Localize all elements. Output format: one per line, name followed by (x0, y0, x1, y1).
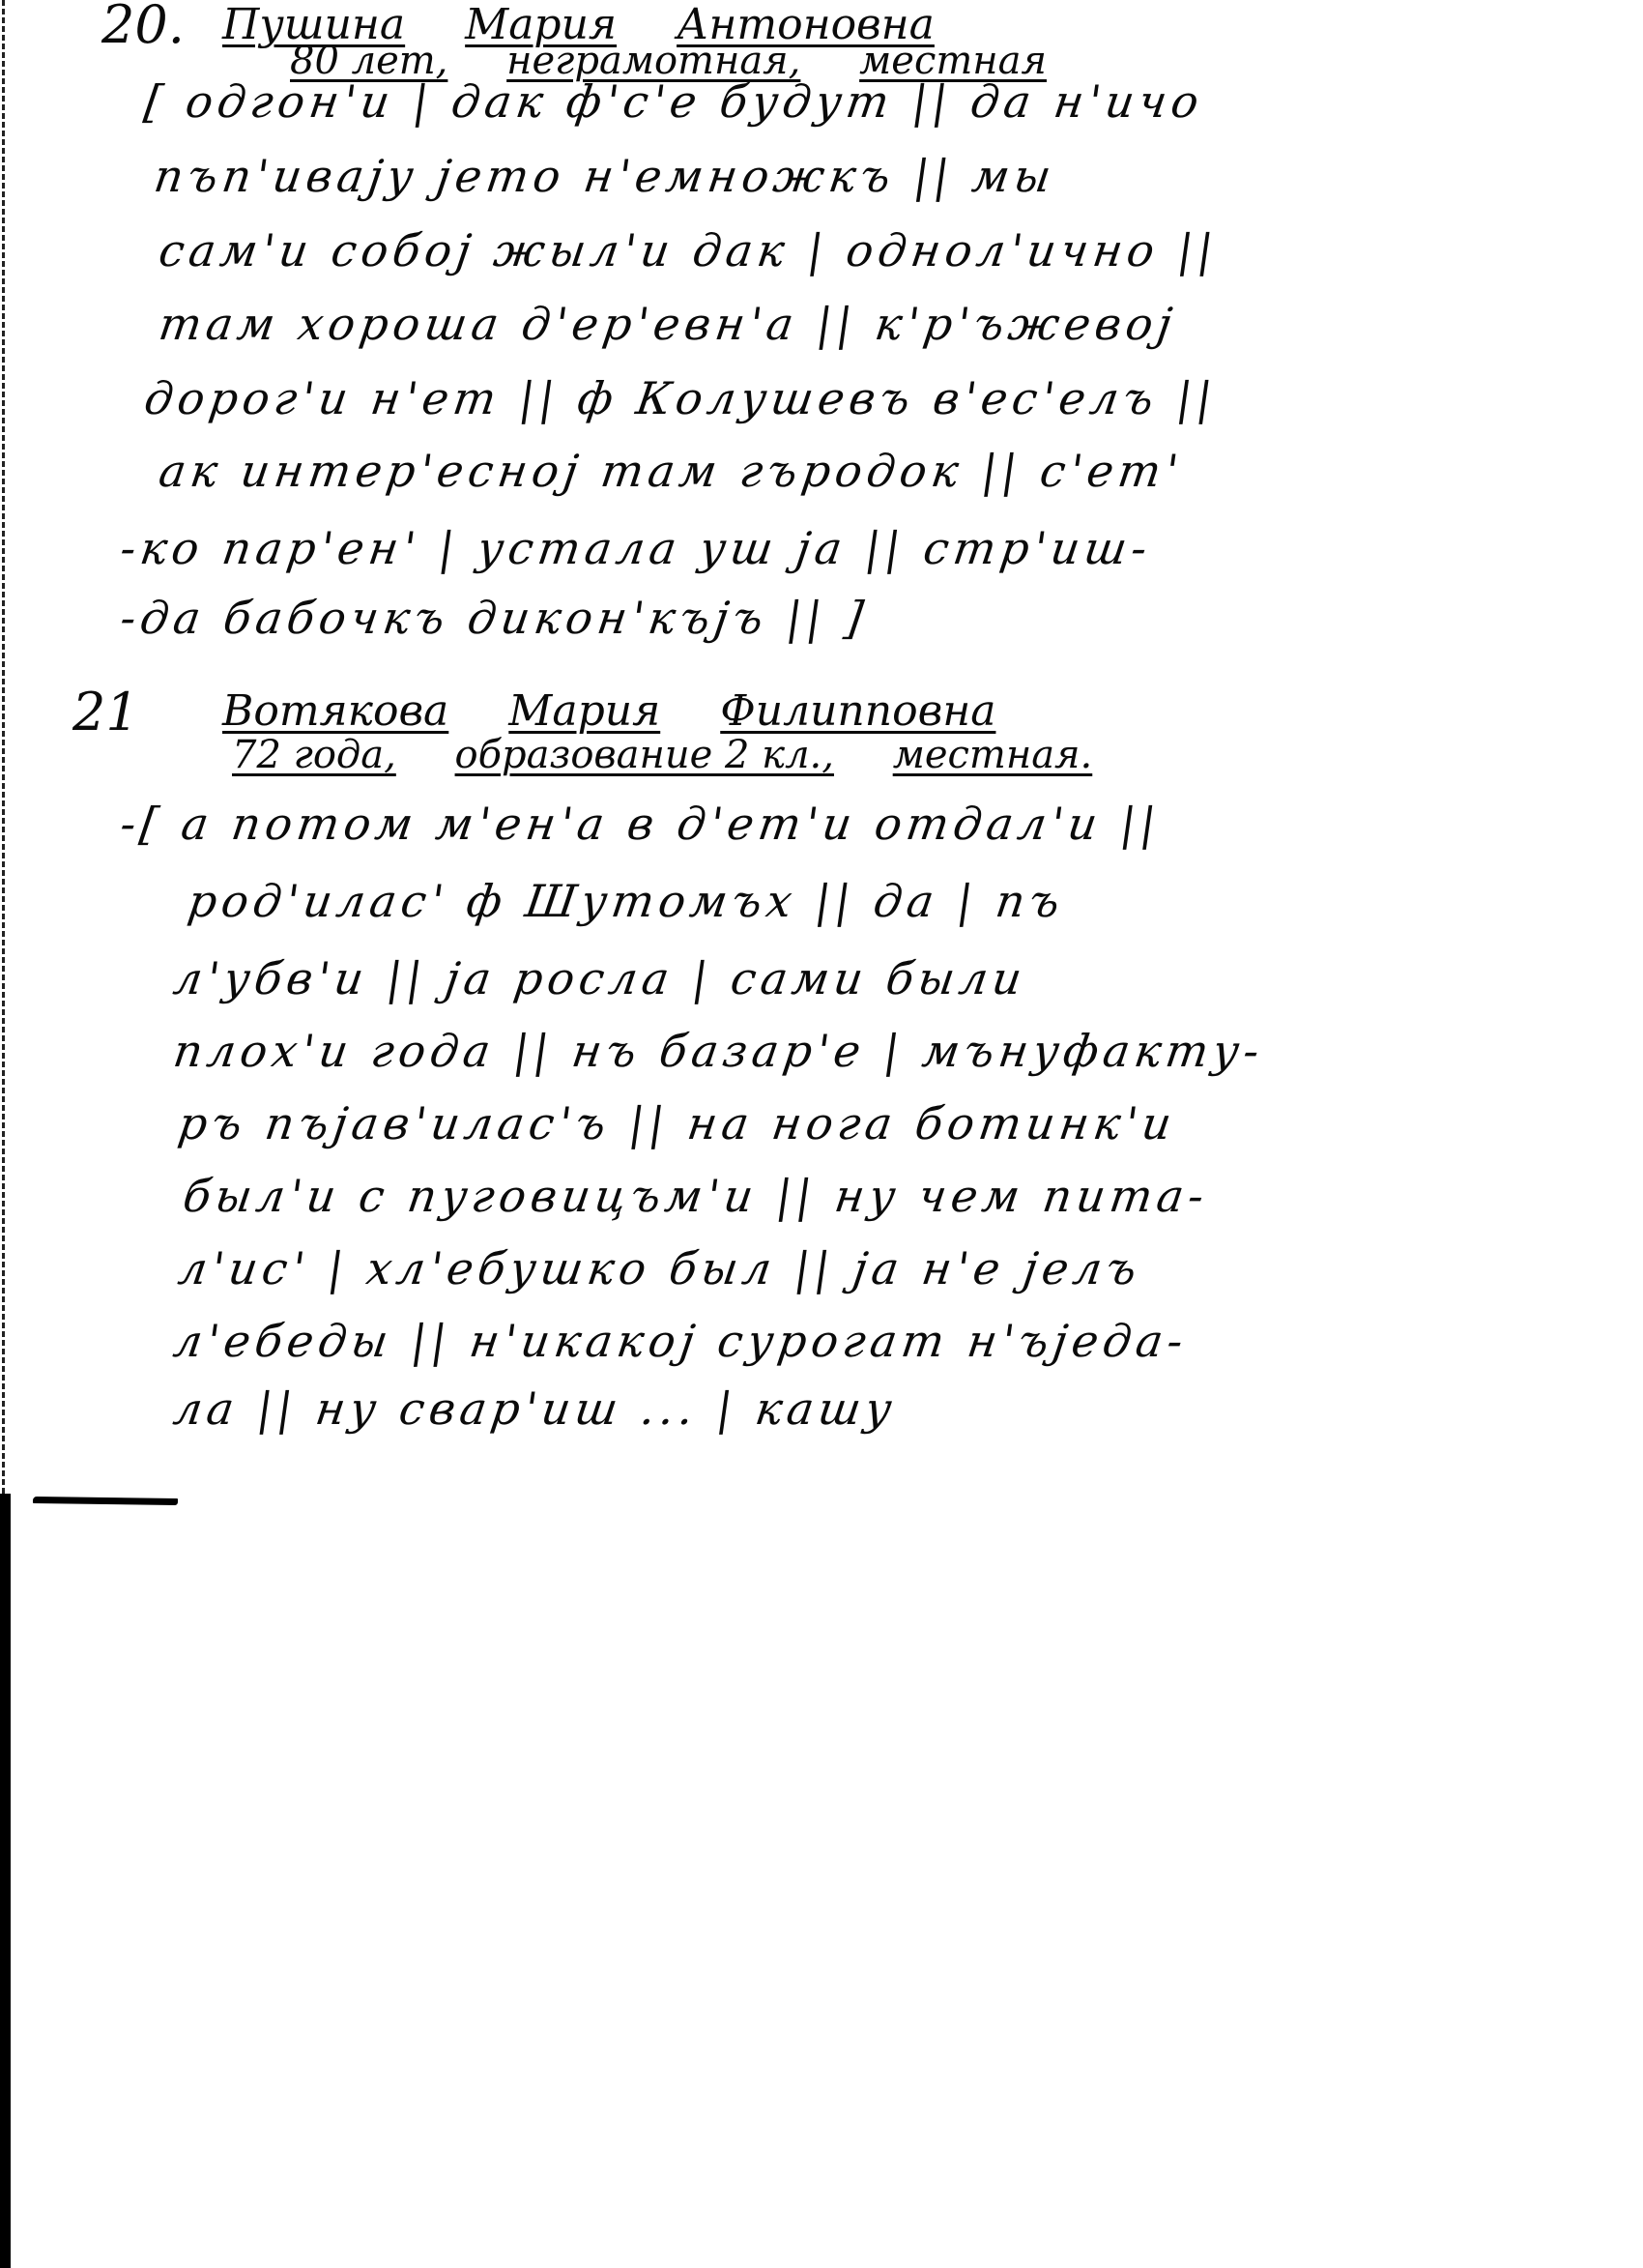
left-margin-dashed-edge (2, 0, 5, 1494)
entry-20-line-1: [ одгон'и | дак ф'с'е будут || да н'ичо (141, 75, 1206, 128)
speaker-age: 72 года, (232, 733, 396, 777)
entry-20-line-6: ак интер'есноj там гъродок || с'ет' (156, 445, 1186, 497)
speaker-name: Мария (508, 686, 660, 736)
entry-21-line-9: ла || ну свар'иш ... | кашу (170, 1382, 900, 1435)
entry-21-line-1: -[ а потом м'ен'а в д'ет'и отдал'и || (117, 798, 1164, 850)
entry-21-line-8: л'ебеды || н'икакој сурогат н'ъједа- (170, 1315, 1191, 1367)
entry-number-20: 20. (101, 0, 185, 55)
entry-20-line-8: -да бабочкъ дикон'къјъ || ] (117, 592, 871, 644)
entry-21-line-7: л'ис' | хл'ебушко был || ја н'е јелъ (175, 1242, 1144, 1294)
speaker-education: образование 2 кл., (455, 733, 834, 777)
scanned-page: 20. Пушина Мария Антоновна 80 лет, негра… (0, 0, 1643, 2268)
entry-21-line-2: род'илас' ф Шутомъх || да | пъ (185, 875, 1068, 927)
entry-20-line-7: -ко пар'ен' | устала уш ја || стр'иш- (117, 522, 1155, 574)
entry-20-line-4: там хороша д'ер'евн'а || к'р'ъжевој (156, 298, 1180, 350)
entry-20-line-3: сам'и собој жыл'и дак | однол'ично || (156, 224, 1221, 276)
entry-21-speaker-info: 72 года, образование 2 кл., местная. (232, 733, 1139, 777)
entry-number-21: 21 (72, 682, 139, 742)
entry-21-line-6: был'и с пуговицъм'и || ну чем пита- (180, 1170, 1212, 1222)
entry-21-line-3: л'убв'и || ја росла | сами были (170, 952, 1029, 1004)
entry-20-line-5: дорог'и н'ет || ф Колушевъ в'ес'елъ || (141, 372, 1220, 424)
speaker-patronymic: Филипповна (720, 686, 995, 736)
speaker-origin: местная. (893, 733, 1093, 777)
entry-21-speaker-name: Вотякова Мария Филипповна (222, 686, 1042, 736)
entry-21-line-4: плох'и года || нъ базар'е | мънуфакту- (170, 1025, 1267, 1077)
entry-21-line-5: ръ пъјав'илас'ъ || на нога ботинк'и (175, 1097, 1179, 1149)
entry-20-line-2: пъп'ивају јето н'емножкъ || мы (151, 150, 1059, 202)
ink-smudge-mark (33, 1497, 178, 1505)
speaker-surname: Вотякова (222, 686, 448, 736)
left-margin-scan-shadow (0, 1494, 11, 2268)
